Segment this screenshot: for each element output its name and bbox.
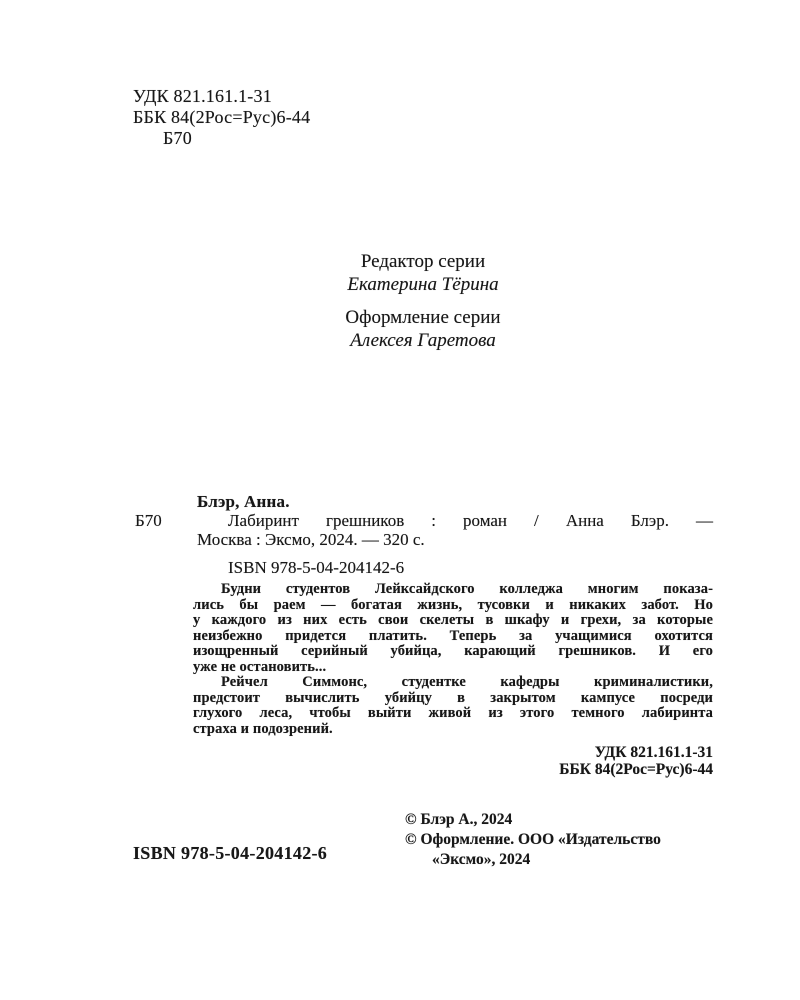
series-design-label: Оформление серии xyxy=(133,306,713,329)
classification-block-top: УДК 821.161.1-31 ББК 84(2Рос=Рус)6-44 Б7… xyxy=(133,86,310,149)
bbk-code-top: ББК 84(2Рос=Рус)6-44 xyxy=(133,107,310,128)
annotation-paragraph-2: Рейчел Симмонс, студентке кафедры кримин… xyxy=(193,675,713,737)
copyright-block: © Блэр А., 2024 © Оформление. ООО «Издат… xyxy=(405,810,720,870)
book-imprint-page: УДК 821.161.1-31 ББК 84(2Рос=Рус)6-44 Б7… xyxy=(0,0,800,1000)
series-editor-name: Екатерина Тёрина xyxy=(133,273,713,296)
copyright-author: © Блэр А., 2024 xyxy=(405,810,720,830)
annotation-line: у каждого из них есть свои скелеты в шка… xyxy=(193,613,713,629)
bbk-code-bottom: ББК 84(2Рос=Рус)6-44 xyxy=(413,761,713,778)
annotation-line: предстоит вычислить убийцу в закрытом ка… xyxy=(193,691,713,707)
annotation-block: Будни студентов Лейксайдского колледжа м… xyxy=(193,582,713,737)
annotation-line: Будни студентов Лейксайдского колледжа м… xyxy=(193,582,713,598)
annotation-line: уже не остановить... xyxy=(193,660,713,676)
annotation-line: изощренный серийный убийца, карающий гре… xyxy=(193,644,713,660)
isbn-record: ISBN 978-5-04-204142-6 xyxy=(197,558,713,577)
copyright-publisher-line1: © Оформление. ООО «Издательство xyxy=(405,830,720,850)
series-design-name: Алексея Гаретова xyxy=(133,329,713,352)
series-editor-group: Редактор серии Екатерина Тёрина xyxy=(133,250,713,296)
annotation-line: глухого леса, чтобы выйти живой из этого… xyxy=(193,706,713,722)
bibliographic-record: Блэр, Анна. Б70 Лабиринт грешников : ром… xyxy=(197,492,713,577)
annotation-line: неизбежно придется платить. Теперь за уч… xyxy=(193,629,713,645)
series-editor-label: Редактор серии xyxy=(133,250,713,273)
biblio-title-line2: Москва : Эксмо, 2024. — 320 с. xyxy=(197,530,713,549)
isbn-bottom: ISBN 978-5-04-204142-6 xyxy=(133,843,327,864)
series-designer-group: Оформление серии Алексея Гаретова xyxy=(133,306,713,352)
author-sign-margin: Б70 xyxy=(135,511,162,530)
annotation-paragraph-1: Будни студентов Лейксайдского колледжа м… xyxy=(193,582,713,675)
annotation-line: лись бы раем — богатая жизнь, тусовки и … xyxy=(193,598,713,614)
udk-code-top: УДК 821.161.1-31 xyxy=(133,86,310,107)
biblio-author: Блэр, Анна. xyxy=(197,492,713,511)
series-credits-block: Редактор серии Екатерина Тёрина Оформлен… xyxy=(133,250,713,352)
copyright-publisher-line2: «Эксмо», 2024 xyxy=(405,850,720,870)
biblio-title-line1: Лабиринт грешников : роман / Анна Блэр. … xyxy=(197,511,713,530)
annotation-line: страха и подозрений. xyxy=(193,722,713,738)
classification-block-bottom: УДК 821.161.1-31 ББК 84(2Рос=Рус)6-44 xyxy=(413,744,713,778)
author-sign-top: Б70 xyxy=(133,128,310,149)
udk-code-bottom: УДК 821.161.1-31 xyxy=(413,744,713,761)
annotation-line: Рейчел Симмонс, студентке кафедры кримин… xyxy=(193,675,713,691)
